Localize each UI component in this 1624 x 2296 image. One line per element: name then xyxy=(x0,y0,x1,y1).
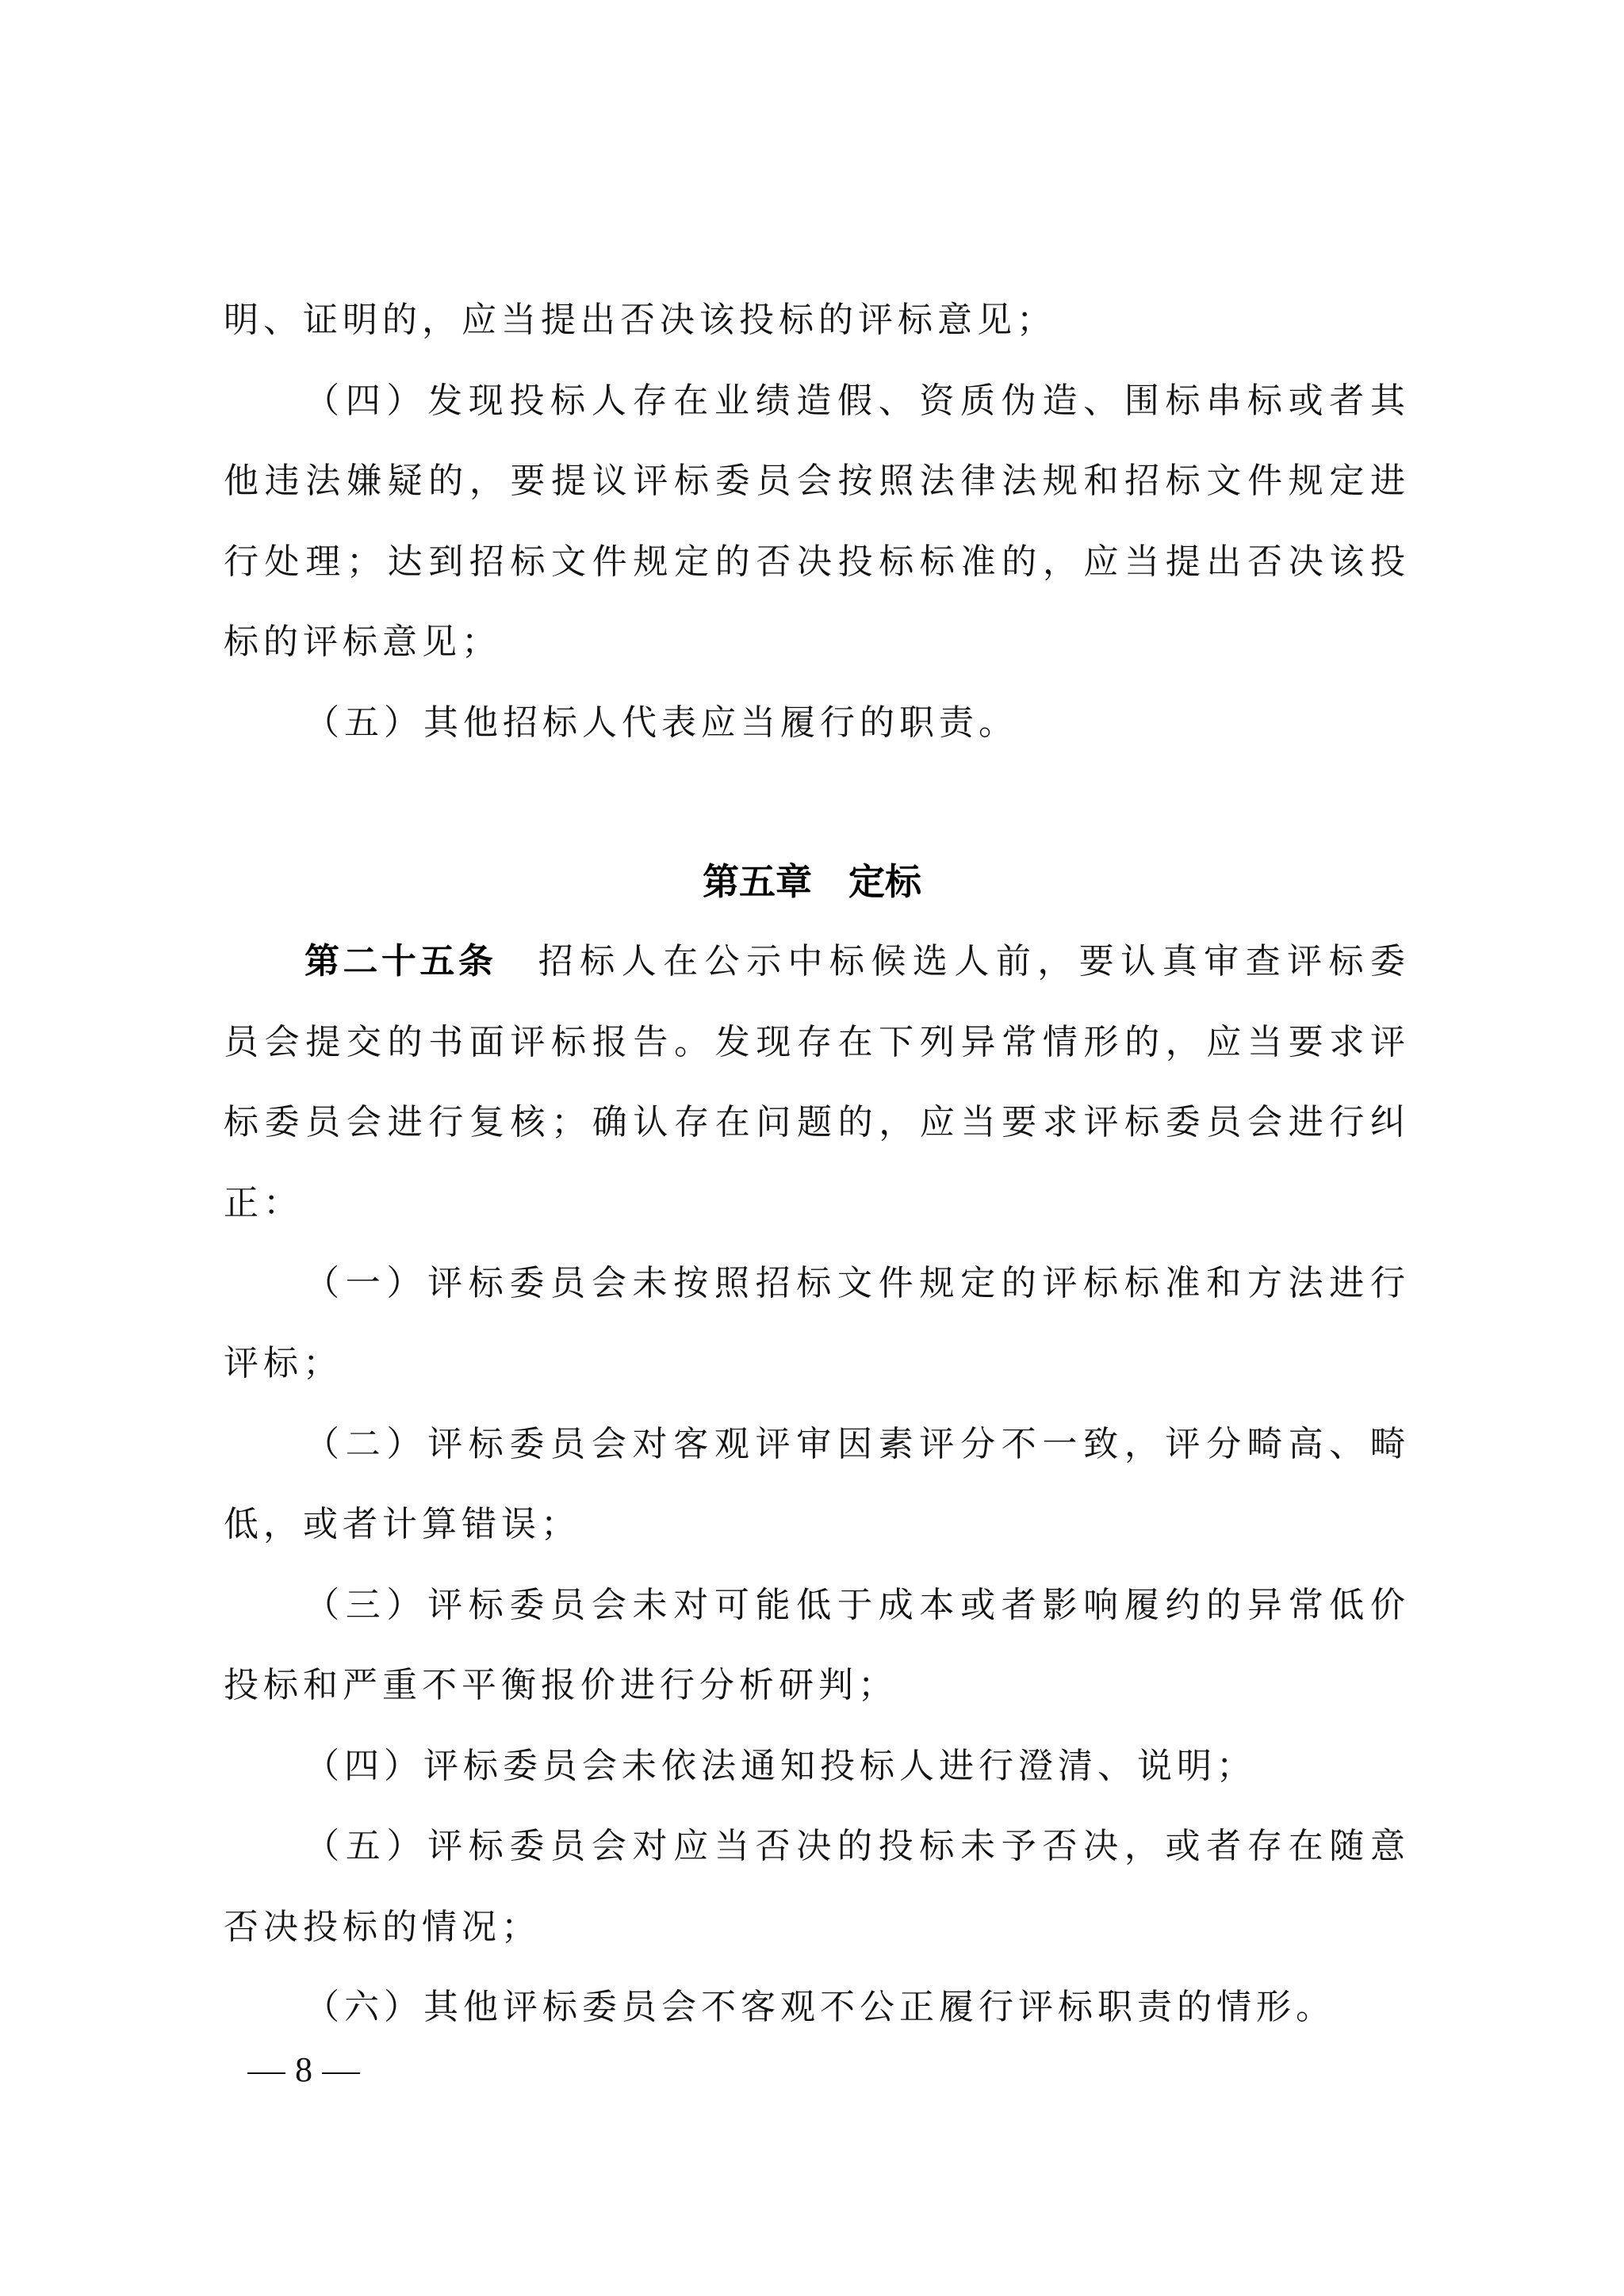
list-item-line: 评标； xyxy=(224,1340,1410,1387)
article-label: 第二十五条 xyxy=(304,941,496,982)
article-first-line: 第二十五条招标人在公示中标候选人前，要认真审查评标委 xyxy=(224,938,1410,985)
chapter-heading: 第五章定标 xyxy=(0,856,1624,907)
list-item-line: （二）评标委员会对客观评审因素评分不一致，评分畸高、畸 xyxy=(224,1421,1410,1468)
paragraph-line: （五）其他招标人代表应当履行的职责。 xyxy=(224,699,1410,747)
paragraph-line: （四）发现投标人存在业绩造假、资质伪造、围标串标或者其 xyxy=(224,377,1410,425)
chapter-title: 定标 xyxy=(848,860,921,903)
paragraph-line: 标委员会进行复核；确认存在问题的，应当要求评标委员会进行纠 xyxy=(224,1099,1410,1146)
dash-left xyxy=(247,2072,285,2074)
list-item-line: 投标和严重不平衡报价进行分析研判； xyxy=(224,1662,1410,1709)
page-number: 8 xyxy=(238,2050,370,2090)
document-page: 明、证明的，应当提出否决该投标的评标意见； （四）发现投标人存在业绩造假、资质伪… xyxy=(0,0,1624,2296)
paragraph-line: 他违法嫌疑的，要提议评标委员会按照法律法规和招标文件规定进 xyxy=(224,457,1410,505)
article-text: 招标人在公示中标候选人前，要认真审查评标委 xyxy=(536,942,1410,981)
paragraph-line: 标的评标意见； xyxy=(224,618,1410,666)
list-item-line: 低，或者计算错误； xyxy=(224,1501,1410,1548)
list-item-line: （四）评标委员会未依法通知投标人进行澄清、说明； xyxy=(224,1743,1410,1790)
chapter-number: 第五章 xyxy=(703,860,812,903)
list-item-line: （五）评标委员会对应当否决的投标未予否决，或者存在随意 xyxy=(224,1823,1410,1870)
paragraph-line: 正： xyxy=(224,1180,1410,1227)
page-number-value: 8 xyxy=(295,2050,312,2089)
paragraph-line: 明、证明的，应当提出否决该投标的评标意见； xyxy=(224,297,1410,344)
paragraph-line: 员会提交的书面评标报告。发现存在下列异常情形的，应当要求评 xyxy=(224,1019,1410,1066)
paragraph-line: 行处理；达到招标文件规定的否决投标标准的，应当提出否决该投 xyxy=(224,538,1410,586)
dash-right xyxy=(322,2072,360,2074)
list-item-line: （一）评标委员会未按照招标文件规定的评标标准和方法进行 xyxy=(224,1260,1410,1307)
list-item-line: 否决投标的情况； xyxy=(224,1904,1410,1951)
list-item-line: （三）评标委员会未对可能低于成本或者影响履约的异常低价 xyxy=(224,1582,1410,1629)
list-item-line: （六）其他评标委员会不客观不公正履行评标职责的情形。 xyxy=(224,1984,1410,2031)
